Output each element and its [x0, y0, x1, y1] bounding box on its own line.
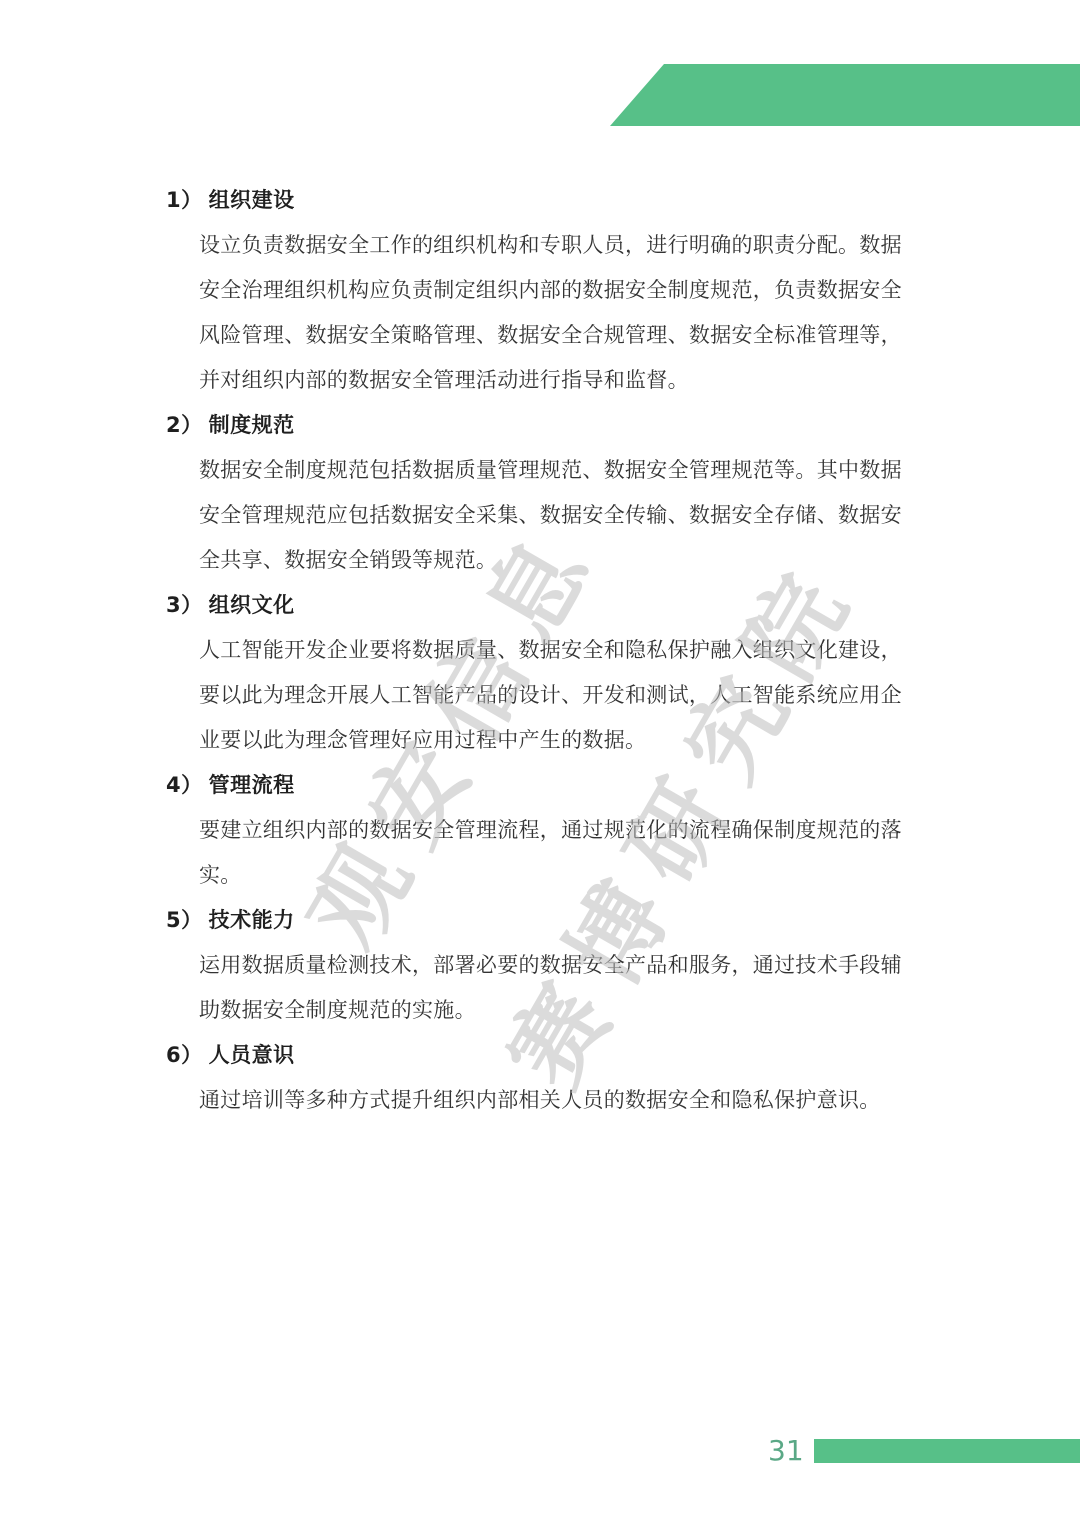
section-paragraph: 设立负责数据安全工作的组织机构和专职人员，进行明确的职责分配。数据 安全治理组织…	[166, 223, 966, 403]
page-number: 31	[768, 1433, 804, 1469]
section-policy-standards: 2）制度规范 数据安全制度规范包括数据质量管理规范、数据安全管理规范等。其中数据…	[166, 403, 966, 583]
section-paragraph: 人工智能开发企业要将数据质量、数据安全和隐私保护融入组织文化建设， 要以此为理念…	[166, 628, 966, 763]
section-paragraph: 运用数据质量检测技术，部署必要的数据安全产品和服务，通过技术手段辅 助数据安全制…	[166, 943, 966, 1033]
section-heading: 3）组织文化	[166, 583, 966, 628]
paragraph-line: 要以此为理念开展人工智能产品的设计、开发和测试，人工智能系统应用企	[199, 673, 966, 718]
section-number: 3）	[166, 593, 203, 617]
paragraph-line: 全共享、数据安全销毁等规范。	[199, 538, 966, 583]
paragraph-line: 助数据安全制度规范的实施。	[199, 988, 966, 1033]
paragraph-line: 实。	[199, 853, 966, 898]
section-heading: 5）技术能力	[166, 898, 966, 943]
section-number: 4）	[166, 773, 203, 797]
section-title: 组织建设	[209, 188, 295, 212]
section-organization-building: 1）组织建设 设立负责数据安全工作的组织机构和专职人员，进行明确的职责分配。数据…	[166, 178, 966, 403]
section-heading: 4）管理流程	[166, 763, 966, 808]
paragraph-line: 风险管理、数据安全策略管理、数据安全合规管理、数据安全标准管理等，	[199, 313, 966, 358]
section-heading: 1）组织建设	[166, 178, 966, 223]
paragraph-line: 要建立组织内部的数据安全管理流程，通过规范化的流程确保制度规范的落	[199, 808, 966, 853]
paragraph-line: 安全管理规范应包括数据安全采集、数据安全传输、数据安全存储、数据安	[199, 493, 966, 538]
section-title: 管理流程	[209, 773, 295, 797]
paragraph-line: 业要以此为理念管理好应用过程中产生的数据。	[199, 718, 966, 763]
section-technical-capability: 5）技术能力 运用数据质量检测技术，部署必要的数据安全产品和服务，通过技术手段辅…	[166, 898, 966, 1033]
document-body: 1）组织建设 设立负责数据安全工作的组织机构和专职人员，进行明确的职责分配。数据…	[166, 178, 966, 1123]
section-paragraph: 通过培训等多种方式提升组织内部相关人员的数据安全和隐私保护意识。	[166, 1078, 966, 1123]
section-paragraph: 要建立组织内部的数据安全管理流程，通过规范化的流程确保制度规范的落 实。	[166, 808, 966, 898]
paragraph-line: 设立负责数据安全工作的组织机构和专职人员，进行明确的职责分配。数据	[199, 223, 966, 268]
section-paragraph: 数据安全制度规范包括数据质量管理规范、数据安全管理规范等。其中数据 安全管理规范…	[166, 448, 966, 583]
section-title: 组织文化	[209, 593, 295, 617]
paragraph-line: 通过培训等多种方式提升组织内部相关人员的数据安全和隐私保护意识。	[199, 1078, 966, 1123]
section-number: 5）	[166, 908, 203, 932]
section-heading: 6）人员意识	[166, 1033, 966, 1078]
paragraph-line: 运用数据质量检测技术，部署必要的数据安全产品和服务，通过技术手段辅	[199, 943, 966, 988]
section-staff-awareness: 6）人员意识 通过培训等多种方式提升组织内部相关人员的数据安全和隐私保护意识。	[166, 1033, 966, 1123]
paragraph-line: 人工智能开发企业要将数据质量、数据安全和隐私保护融入组织文化建设，	[199, 628, 966, 673]
section-title: 技术能力	[209, 908, 295, 932]
paragraph-line: 数据安全制度规范包括数据质量管理规范、数据安全管理规范等。其中数据	[199, 448, 966, 493]
section-organizational-culture: 3）组织文化 人工智能开发企业要将数据质量、数据安全和隐私保护融入组织文化建设，…	[166, 583, 966, 763]
section-heading: 2）制度规范	[166, 403, 966, 448]
section-title: 制度规范	[209, 413, 295, 437]
section-management-process: 4）管理流程 要建立组织内部的数据安全管理流程，通过规范化的流程确保制度规范的落…	[166, 763, 966, 898]
paragraph-line: 并对组织内部的数据安全管理活动进行指导和监督。	[199, 358, 966, 403]
section-number: 2）	[166, 413, 203, 437]
footer-green-bar	[814, 1439, 1080, 1463]
section-title: 人员意识	[209, 1043, 295, 1067]
paragraph-line: 安全治理组织机构应负责制定组织内部的数据安全制度规范，负责数据安全	[199, 268, 966, 313]
section-number: 1）	[166, 188, 203, 212]
top-green-banner	[610, 64, 1080, 126]
section-number: 6）	[166, 1043, 203, 1067]
